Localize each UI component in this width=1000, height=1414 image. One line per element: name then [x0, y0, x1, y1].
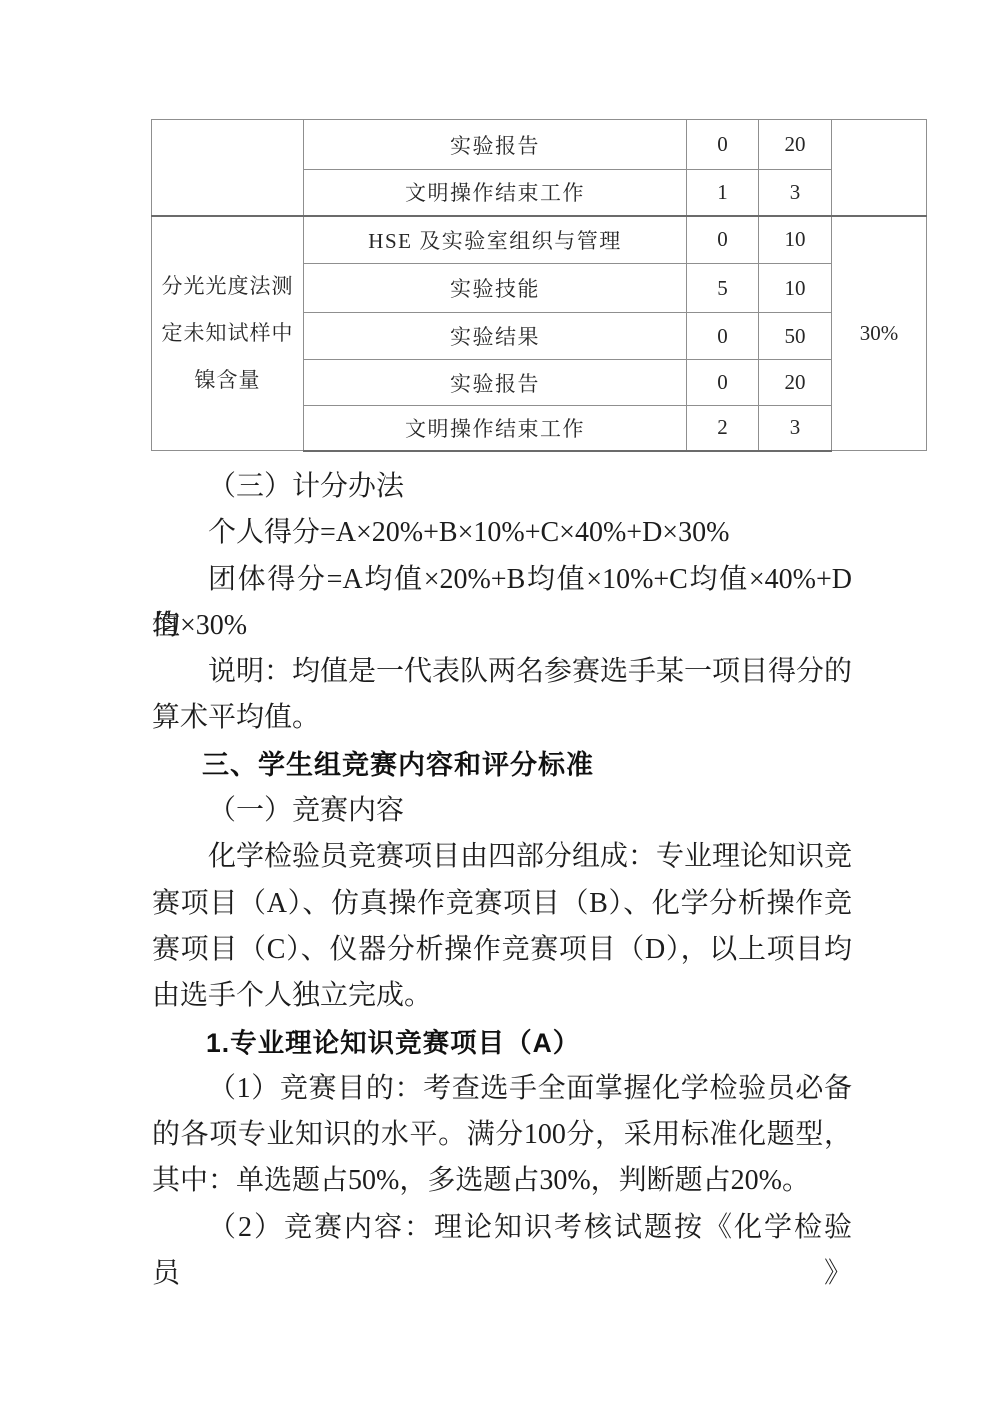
- table-cell-value: 5: [687, 264, 759, 313]
- note-average-line1: 说明：均值是一代表队两名参赛选手某一项目得分的: [152, 649, 852, 695]
- table-cell-weight: [832, 120, 927, 216]
- table-cell-value: 20: [759, 120, 832, 170]
- paragraph-competition-parts-line4: 由选手个人独立完成。: [152, 973, 852, 1019]
- paragraph-competition-parts-line3: 赛项目（C）、仪器分析操作竞赛项目（D），以上项目均: [152, 927, 852, 973]
- table-cell-value: 3: [759, 170, 832, 216]
- formula-individual-score: 个人得分=A×20%+B×10%+C×40%+D×30%: [152, 510, 852, 556]
- score-table: 实验报告 0 20 文明操作结束工作 1 3 分光光度法测定未知试样中镍含量 H…: [151, 119, 927, 452]
- table-cell-item: 实验报告: [304, 360, 687, 406]
- table-cell-item: 文明操作结束工作: [304, 170, 687, 216]
- paragraph-competition-parts-line2: 赛项目（A）、仿真操作竞赛项目（B）、化学分析操作竞: [152, 881, 852, 927]
- score-table-container: 实验报告 0 20 文明操作结束工作 1 3 分光光度法测定未知试样中镍含量 H…: [151, 119, 927, 452]
- paragraph-content-line1: （2）竞赛内容：理论知识考核试题按《化学检验员》: [152, 1205, 852, 1251]
- table-cell-category: [152, 120, 304, 216]
- table-cell-value: 10: [759, 216, 832, 264]
- heading-theory-project-a: 1.专业理论知识竞赛项目（A）: [152, 1020, 852, 1066]
- table-cell-value: 50: [759, 313, 832, 360]
- table-cell-value: 0: [687, 360, 759, 406]
- table-cell-value: 0: [687, 120, 759, 170]
- note-average-line2: 算术平均值。: [152, 695, 852, 741]
- table-cell-value: 3: [759, 406, 832, 451]
- table-cell-item: HSE 及实验室组织与管理: [304, 216, 687, 264]
- paragraph-purpose-line3: 其中：单选题占50%，多选题占30%，判断题占20%。: [152, 1158, 852, 1204]
- paragraph-purpose-line2: 的各项专业知识的水平。满分100分，采用标准化题型，: [152, 1112, 852, 1158]
- table-cell-value: 10: [759, 264, 832, 313]
- subsection-heading-scoring-method: （三）计分办法: [152, 464, 852, 510]
- table-cell-value: 1: [687, 170, 759, 216]
- table-cell-category: 分光光度法测定未知试样中镍含量: [152, 216, 304, 451]
- table-cell-value: 0: [687, 216, 759, 264]
- table-row: 分光光度法测定未知试样中镍含量 HSE 及实验室组织与管理 0 10 30%: [152, 216, 927, 264]
- table-cell-item: 实验报告: [304, 120, 687, 170]
- table-cell-value: 2: [687, 406, 759, 451]
- table-cell-value: 20: [759, 360, 832, 406]
- table-cell-item: 实验结果: [304, 313, 687, 360]
- document-page: 实验报告 0 20 文明操作结束工作 1 3 分光光度法测定未知试样中镍含量 H…: [0, 0, 1000, 1414]
- paragraph-competition-parts-line1: 化学检验员竞赛项目由四部分组成：专业理论知识竞: [152, 834, 852, 880]
- table-cell-item: 文明操作结束工作: [304, 406, 687, 451]
- subsection-heading-content: （一）竞赛内容: [152, 788, 852, 834]
- table-cell-weight: 30%: [832, 216, 927, 451]
- table-cell-item: 实验技能: [304, 264, 687, 313]
- section-heading-student-group: 三、学生组竞赛内容和评分标准: [152, 742, 852, 788]
- table-cell-value: 0: [687, 313, 759, 360]
- table-row: 实验报告 0 20: [152, 120, 927, 170]
- formula-team-score-line2: 值×30%: [152, 603, 852, 649]
- formula-team-score-line1: 团体得分=A均值×20%+B均值×10%+C均值×40%+D均: [152, 557, 852, 603]
- paragraph-purpose-line1: （1）竞赛目的：考查选手全面掌握化学检验员必备: [152, 1066, 852, 1112]
- body-text: （三）计分办法 个人得分=A×20%+B×10%+C×40%+D×30% 团体得…: [152, 464, 852, 1251]
